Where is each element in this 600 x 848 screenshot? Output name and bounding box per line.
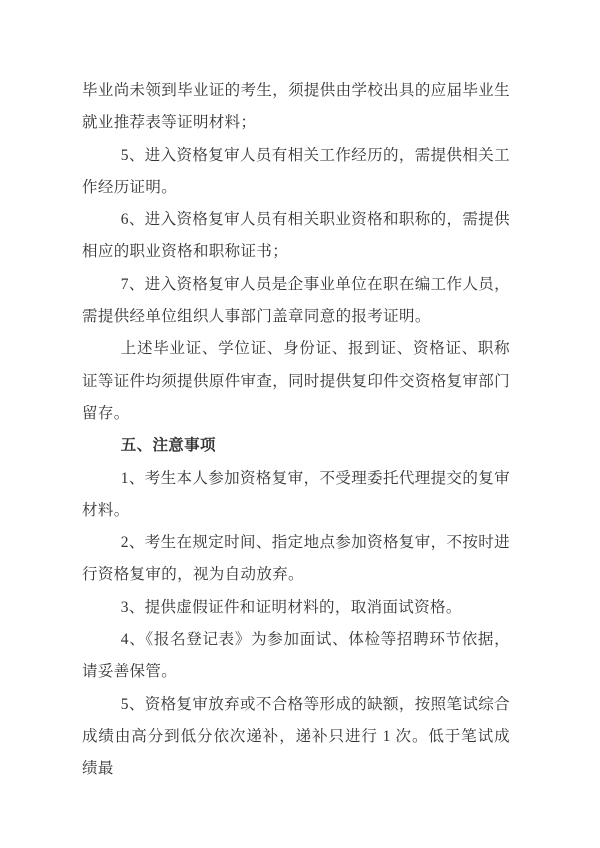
paragraph-note-2: 2、考生在规定时间、指定地点参加资格复审，不按时进行资格复审的，视为自动放弃。: [82, 527, 510, 592]
paragraph-note-5-cutoff: 5、资格复审放弃或不合格等形成的缺额，按照笔试综合成绩由高分到低分依次递补，递补…: [82, 689, 510, 786]
document-page: 毕业尚未领到毕业证的考生，须提供由学校出具的应届毕业生就业推荐表等证明材料； 5…: [0, 0, 600, 848]
paragraph-item-5-work: 5、进入资格复审人员有相关工作经历的，需提供相关工作经历证明。: [82, 140, 510, 205]
paragraph-item-7-employed: 7、进入资格复审人员是企事业单位在职在编工作人员，需提供经单位组织人事部门盖章同…: [82, 269, 510, 334]
paragraph-originals-note: 上述毕业证、学位证、身份证、报到证、资格证、职称证等证件均须提供原件审查，同时提…: [82, 333, 510, 430]
paragraph-note-1: 1、考生本人参加资格复审，不受理委托代理提交的复审材料。: [82, 463, 510, 528]
document-body: 毕业尚未领到毕业证的考生，须提供由学校出具的应届毕业生就业推荐表等证明材料； 5…: [82, 75, 510, 786]
paragraph-item-6-credentials: 6、进入资格复审人员有相关职业资格和职称的，需提供相应的职业资格和职称证书；: [82, 204, 510, 269]
paragraph-note-3: 3、提供虚假证件和证明材料的，取消面试资格。: [82, 592, 510, 624]
paragraph-continuation: 毕业尚未领到毕业证的考生，须提供由学校出具的应届毕业生就业推荐表等证明材料；: [82, 75, 510, 140]
paragraph-note-4: 4、《报名登记表》为参加面试、体检等招聘环节依据，请妥善保管。: [82, 624, 510, 689]
section-heading-notes: 五、注意事项: [82, 430, 510, 462]
